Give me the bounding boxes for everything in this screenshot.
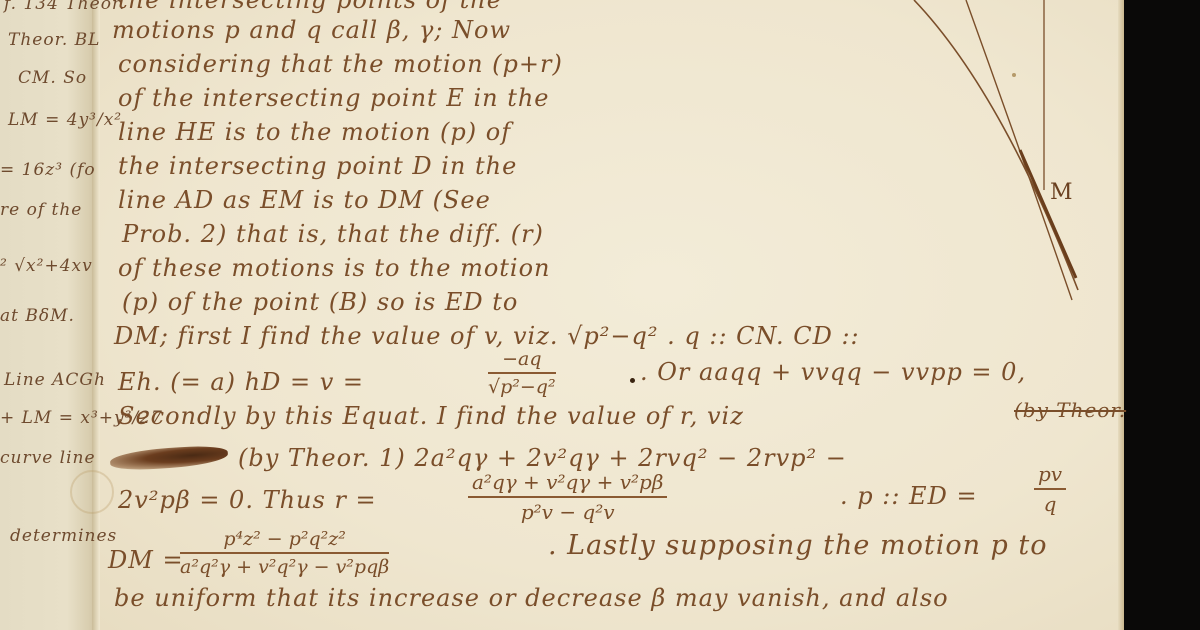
text-line: the intersecting points of the [118,0,502,14]
left-margin-line: curve line [0,448,96,468]
left-margin-line: f. 134 Theor. [4,0,126,14]
text-line: 2v²pβ = 0. Thus r = [118,486,377,514]
left-margin-line: at BδM. [0,306,75,326]
left-margin-line: = 16z³ (fo [0,160,96,180]
text-line: Secondly by this Equat. I find the value… [118,402,744,430]
fraction-ed: pv q [1034,462,1066,516]
text-line: be uniform that its increase or decrease… [114,584,949,612]
fraction-dm: p⁴z² − p²q²z² a²q²γ + v²q²γ − v²pqβ [180,528,389,578]
left-margin-line: Line ACGh [4,370,106,390]
left-margin-line: CM. So [18,68,87,88]
text-line: . p :: ED = [840,482,978,510]
text-line: of the intersecting point E in the [118,84,550,112]
paper-stain [70,470,114,514]
text-line: DM = [108,546,184,574]
fraction-denominator: q [1034,490,1066,516]
fraction-denominator: √p²−q² [488,374,556,398]
dark-backdrop [1124,0,1200,630]
fraction-v: −aq √p²−q² [488,348,556,398]
text-line: (by Theor. 1) 2a²qγ + 2v²qγ + 2rvq² − 2r… [238,444,847,472]
text-line: Prob. 2) that is, that the diff. (r) [122,220,544,248]
text-line: DM; first I find the value of v, viz. √p… [114,322,860,350]
fraction-numerator: p⁴z² − p²q²z² [180,528,389,554]
left-margin-line: determines [10,526,117,546]
ink-dot [630,378,635,383]
fraction-numerator: pv [1034,462,1066,490]
text-line: line AD as EM is to DM (See [118,186,491,214]
diagram-point-label: M [1050,180,1073,205]
struck-text: (by Theor. [1014,398,1126,422]
left-margin-line: re of the [0,200,82,220]
text-line: . Or aaqq + vvqq − vvpp = 0, [640,358,1026,386]
left-margin-line: ² √x²+4xv [0,256,93,276]
text-line: . Lastly supposing the motion p to [548,530,1048,561]
geometry-diagram [880,0,1120,320]
text-line: considering that the motion (p+r) [118,50,563,78]
fraction-denominator: p²v − q²v [468,498,667,524]
fraction-numerator: −aq [488,348,556,374]
text-line: Eh. (= a) hD = v = [118,368,364,396]
fraction-denominator: a²q²γ + v²q²γ − v²pqβ [180,554,389,578]
text-line: line HE is to the motion (p) of [118,118,511,146]
left-margin-line: LM = 4y³/x² [8,110,122,130]
text-line: the intersecting point D in the [118,152,517,180]
text-line: of these motions is to the motion [118,254,551,282]
text-line: motions p and q call β, γ; Now [112,16,511,44]
fraction-numerator: a²qγ + v²qγ + v²pβ [468,470,667,498]
fraction-r: a²qγ + v²qγ + v²pβ p²v − q²v [468,470,667,524]
left-margin-line: Theor. BL [8,30,100,50]
text-line: (p) of the point (B) so is ED to [122,288,518,316]
